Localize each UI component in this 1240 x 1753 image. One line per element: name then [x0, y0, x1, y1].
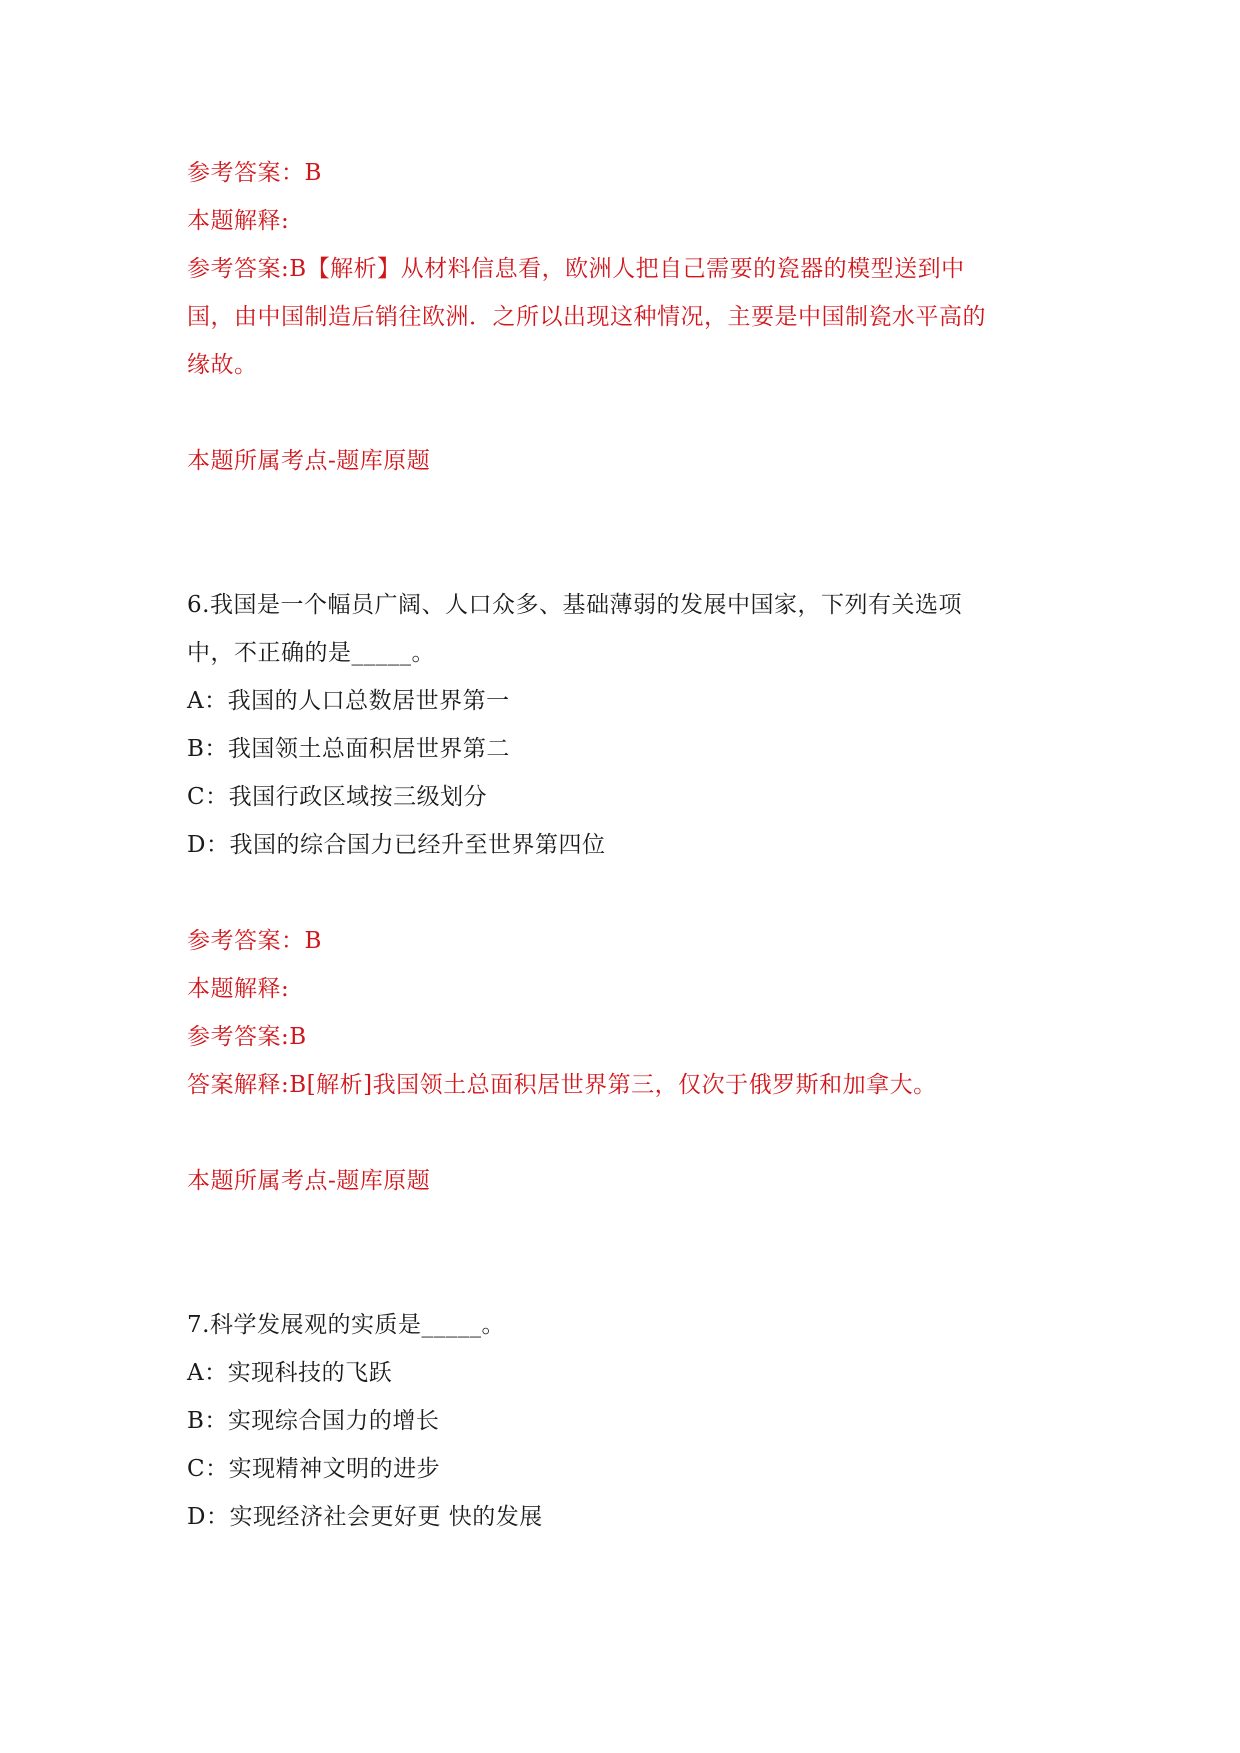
q6-option-b: B：我国领土总面积居世界第二 [187, 734, 510, 764]
q7-stem-line-1: 7.科学发展观的实质是_____。 [187, 1310, 505, 1340]
q5-explain-line-2: 国，由中国制造后销往欧洲．之所以出现这种情况，主要是中国制瓷水平高的 [187, 302, 986, 332]
q7-option-c: C：实现精神文明的进步 [187, 1454, 440, 1484]
q6-option-c: C：我国行政区域按三级划分 [187, 782, 487, 812]
q6-explain-line-1: 参考答案:B [187, 1022, 307, 1052]
q6-stem-line-2: 中，不正确的是_____。 [187, 638, 435, 668]
q6-option-d: D：我国的综合国力已经升至世界第四位 [187, 830, 605, 860]
q6-topic: 本题所属考点-题库原题 [187, 1166, 430, 1196]
q5-answer: 参考答案：B [187, 158, 322, 188]
q6-stem-line-1: 6.我国是一个幅员广阔、人口众多、基础薄弱的发展中国家，下列有关选项 [187, 590, 962, 620]
q6-answer: 参考答案：B [187, 926, 322, 956]
q7-option-a: A：实现科技的飞跃 [187, 1358, 392, 1388]
q6-explain-line-2: 答案解释:B[解析]我国领土总面积居世界第三，仅次于俄罗斯和加拿大。 [187, 1070, 937, 1100]
q5-explain-label: 本题解释: [187, 206, 289, 236]
q5-topic: 本题所属考点-题库原题 [187, 446, 430, 476]
q5-explain-line-3: 缘故。 [187, 350, 258, 380]
q7-option-b: B：实现综合国力的增长 [187, 1406, 439, 1436]
q6-explain-label: 本题解释: [187, 974, 289, 1004]
document-page: 参考答案：B 本题解释: 参考答案:B【解析】从材料信息看，欧洲人把自己需要的瓷… [0, 0, 1240, 1753]
q6-option-a: A：我国的人口总数居世界第一 [187, 686, 510, 716]
q5-explain-line-1: 参考答案:B【解析】从材料信息看，欧洲人把自己需要的瓷器的模型送到中 [187, 254, 965, 284]
q7-option-d: D：实现经济社会更好更 快的发展 [187, 1502, 543, 1532]
